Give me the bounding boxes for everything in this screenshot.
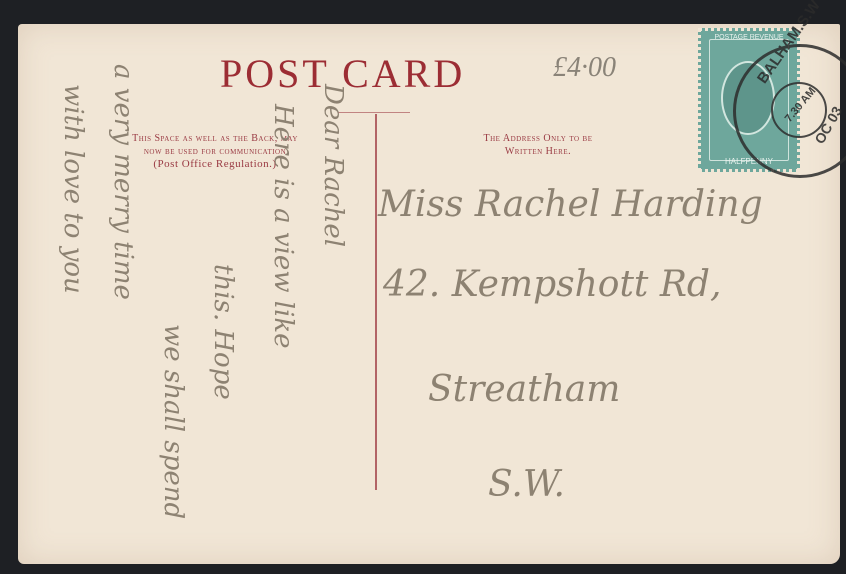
message-col-3: this. Hope — [208, 264, 238, 400]
price-annotation: £4·00 — [553, 52, 616, 84]
message-col-6: with love to you — [58, 84, 88, 294]
postcard-back: POST CARD This Space as well as the Back… — [18, 24, 840, 564]
right-notice-line2: Written Here. — [438, 145, 638, 158]
divider-cap — [338, 112, 410, 113]
message-col-1: Dear Rachel — [318, 84, 348, 247]
address-line-2: 42. Kempshott Rd, — [383, 264, 721, 305]
right-notice-line1: The Address Only to be — [438, 132, 638, 145]
address-line-4: S.W. — [488, 464, 565, 505]
center-divider — [375, 114, 377, 490]
address-line-1: Miss Rachel Harding — [378, 184, 763, 225]
message-col-4: we shall spend — [158, 324, 188, 519]
right-notice: The Address Only to be Written Here. — [438, 132, 638, 158]
message-col-2: Here is a view like — [268, 104, 298, 349]
address-line-3: Streatham — [428, 369, 620, 410]
message-col-5: a very merry time — [108, 64, 138, 300]
